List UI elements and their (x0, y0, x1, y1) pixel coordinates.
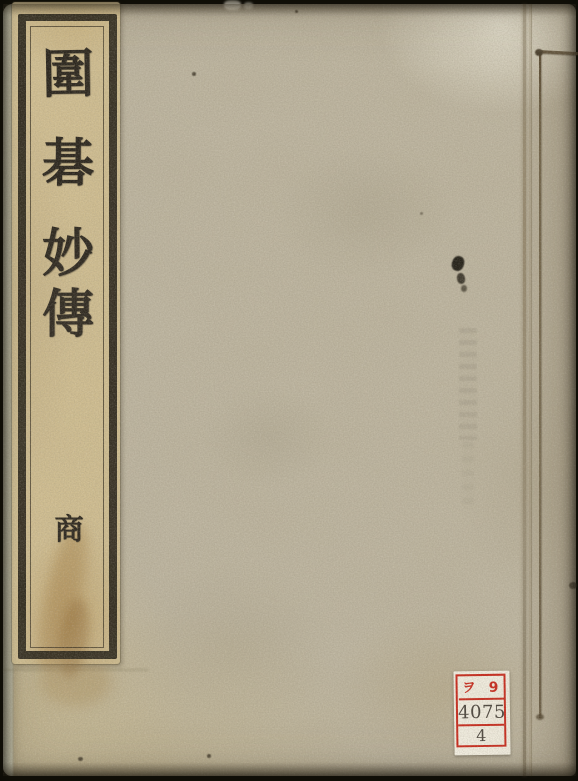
binding-thread-vertical (539, 52, 541, 718)
title-char-3: 妙 (30, 225, 107, 284)
label-red-border: ヲ 9 4075 4 (455, 674, 506, 748)
label-row-volume: 4 (458, 724, 504, 746)
volume-char: 商 (34, 511, 104, 547)
title-char-1: 圍 (29, 45, 106, 104)
stain-speck (207, 754, 211, 758)
faded-handwriting (462, 442, 474, 508)
label-row-shelf-code: ヲ 9 (457, 676, 503, 699)
photo-frame: 圍 碁 妙 傳 商 ヲ 9 4075 4 (0, 0, 578, 781)
top-edge-shadow (3, 4, 576, 16)
bottom-edge-shadow (3, 762, 576, 776)
stain-speck (78, 757, 83, 761)
ink-smudge (461, 285, 467, 292)
binding-knot-bottom (536, 714, 544, 720)
stain-speck (569, 582, 577, 589)
binding-knot-top (535, 49, 543, 56)
binding-crease (523, 4, 526, 776)
faded-handwriting (459, 328, 477, 440)
binding-crease-secondary (531, 4, 532, 776)
label-row-number: 4075 (459, 698, 505, 725)
stain-speck (192, 72, 196, 76)
title-slip: 圍 碁 妙 傳 商 (12, 2, 120, 664)
title-char-4: 傳 (30, 286, 106, 344)
library-call-number-label: ヲ 9 4075 4 (453, 671, 510, 756)
stain-speck (420, 212, 423, 215)
title-char-2: 碁 (30, 135, 107, 194)
